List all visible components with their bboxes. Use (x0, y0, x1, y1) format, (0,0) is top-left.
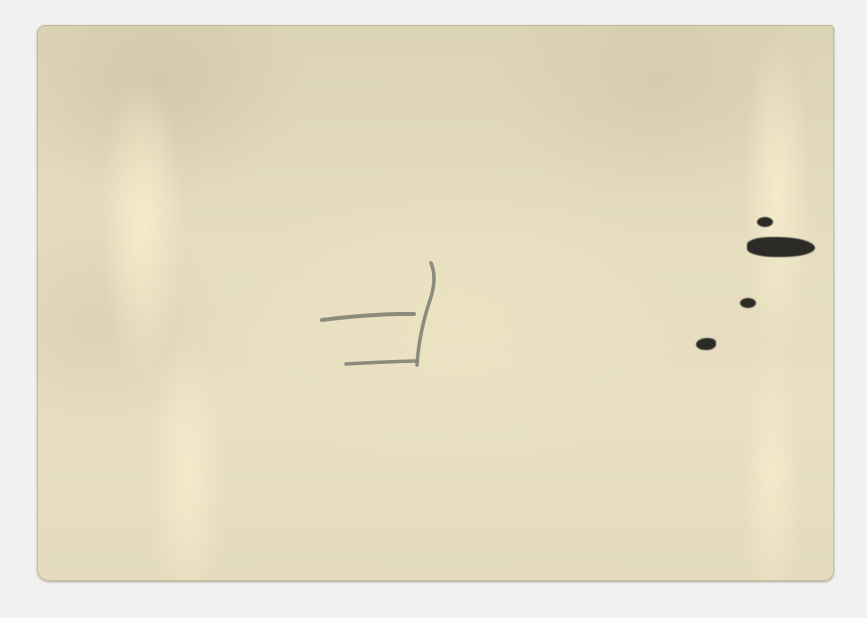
ink-spot-bottom (696, 338, 716, 350)
ink-spot-middle (740, 298, 756, 308)
pencil-handwritten-mark (319, 257, 449, 377)
ink-spot-small-top (757, 217, 773, 227)
aged-paper-card (37, 25, 834, 581)
ink-spot-large (747, 237, 815, 257)
